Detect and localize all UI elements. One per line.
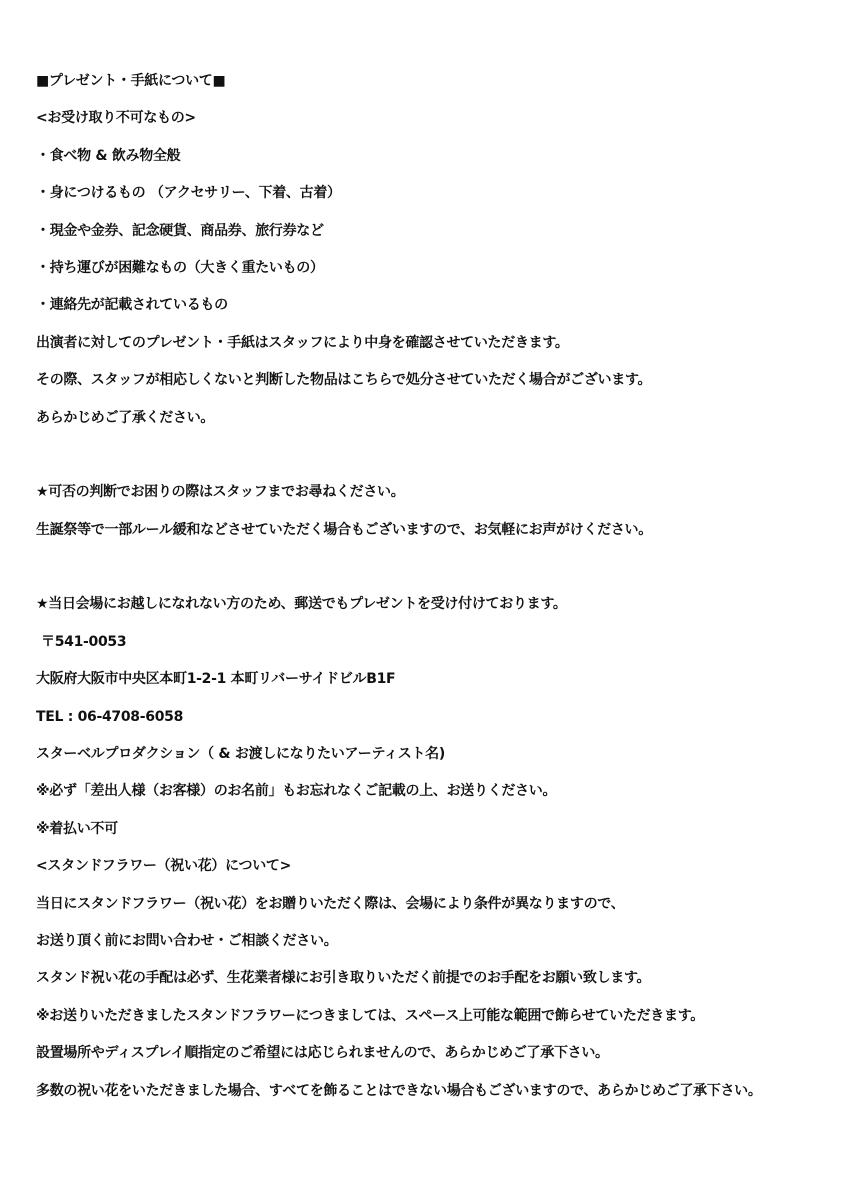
spacer (36, 558, 836, 595)
cod-note: ※着払い不可 (36, 820, 836, 857)
list-item: ・食べ物 & 飲み物全般 (36, 147, 836, 184)
spacer (36, 446, 836, 483)
mail-address: 大阪府大阪市中央区本町1-2-1 本町リバーサイドビルB1F (36, 670, 836, 707)
mail-recipient: スターベルプロダクション（ & お渡しになりたいアーティスト名) (36, 745, 836, 782)
list-item: ・現金や金券、記念硬貨、商品券、旅行券など (36, 222, 836, 259)
flowers-line: 設置場所やディスプレイ順指定のご希望には応じられませんので、あらかじめご了承下さ… (36, 1044, 836, 1081)
flowers-line: 当日にスタンドフラワー（祝い花）をお贈りいただく際は、会場により条件が異なります… (36, 895, 836, 932)
section-heading: ■プレゼント・手紙について■ (36, 72, 836, 109)
not-accepted-title: <お受け取り不可なもの> (36, 109, 836, 146)
inspection-note: その際、スタッフが相応しくないと判断した物品はこちらで処分させていただく場合がご… (36, 371, 836, 408)
flowers-line: 多数の祝い花をいただきました場合、すべてを飾ることはできない場合もございますので… (36, 1082, 836, 1119)
list-item: ・持ち運びが困難なもの（大きく重たいもの） (36, 259, 836, 296)
list-item: ・身につけるもの （アクセサリー、下着、古着） (36, 184, 836, 221)
list-item: ・連絡先が記載されているもの (36, 296, 836, 333)
document-body: ■プレゼント・手紙について■ <お受け取り不可なもの> ・食べ物 & 飲み物全般… (36, 72, 836, 1119)
flowers-line: ※お送りいただきましたスタンドフラワーにつきましては、スペース上可能な範囲で飾ら… (36, 1007, 836, 1044)
mail-tel: TEL : 06-4708-6058 (36, 708, 836, 745)
flowers-line: スタンド祝い花の手配は必ず、生花業者様にお引き取りいただく前提でのお手配をお願い… (36, 969, 836, 1006)
inspection-note: 出演者に対してのプレゼント・手紙はスタッフにより中身を確認させていただきます。 (36, 334, 836, 371)
judgement-note: ★可否の判断でお困りの際はスタッフまでお尋ねください。 (36, 483, 836, 520)
flowers-line: お送り頂く前にお問い合わせ・ご相談ください。 (36, 932, 836, 969)
flowers-title: <スタンドフラワー（祝い花）について> (36, 857, 836, 894)
sender-name-note: ※必ず「差出人様（お客様）のお名前」もお忘れなくご記載の上、お送りください。 (36, 782, 836, 819)
judgement-note: 生誕祭等で一部ルール緩和などさせていただく場合もございますので、お気軽にお声がけ… (36, 521, 836, 558)
mail-intro: ★当日会場にお越しになれない方のため、郵送でもプレゼントを受け付けております。 (36, 595, 836, 632)
postal-code: 〒541-0053 (36, 633, 836, 670)
inspection-note: あらかじめご了承ください。 (36, 409, 836, 446)
